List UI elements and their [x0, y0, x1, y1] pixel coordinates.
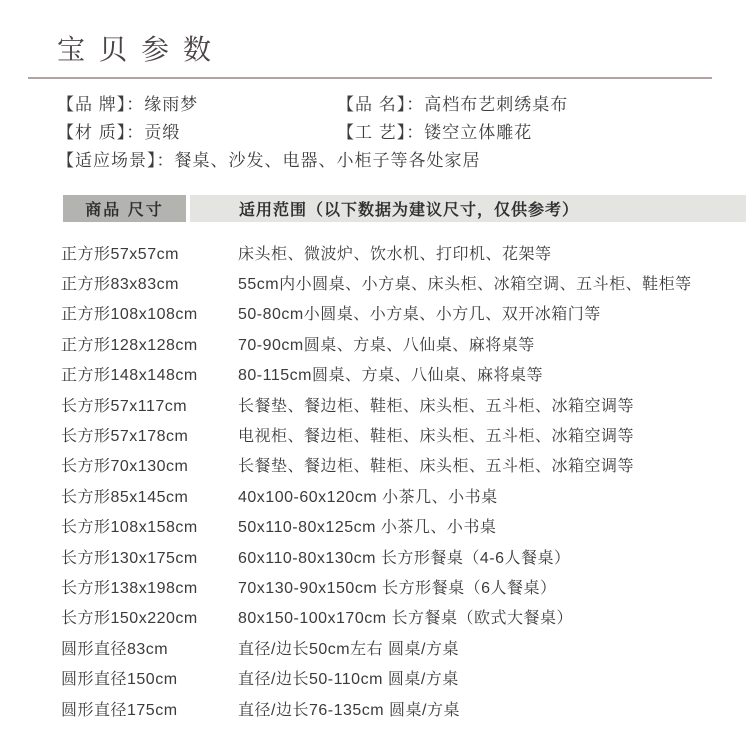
size-row: 圆形直径83cm直径/边长50cm左右 圆桌/方桌	[0, 632, 750, 662]
range-cell: 直径/边长76-135cm 圆桌/方桌	[238, 697, 750, 720]
range-cell: 50-80cm小圆桌、小方桌、小方几、双开冰箱门等	[238, 301, 750, 324]
range-cell: 50x110-80x125cm 小茶几、小书桌	[238, 514, 750, 537]
material-value: 贡缎	[144, 123, 180, 142]
product-parameters-page: 宝贝参数 【品 牌】：缘雨梦 【品 名】：高档布艺刺绣桌布 【材 质】：贡缎 【…	[0, 0, 750, 750]
material-field: 【材 质】：贡缎	[57, 119, 180, 147]
range-cell: 55cm内小圆桌、小方桌、床头柜、冰箱空调、五斗柜、鞋柜等	[238, 271, 750, 294]
size-cell: 正方形57x57cm	[0, 241, 238, 264]
range-cell: 80x150-100x170cm 长方餐桌（欧式大餐桌）	[238, 605, 750, 628]
range-cell: 床头柜、微波炉、饮水机、打印机、花架等	[238, 241, 750, 264]
size-cell: 长方形85x145cm	[0, 484, 238, 507]
product-name-value: 高档布艺刺绣桌布	[424, 95, 568, 114]
range-cell: 40x100-60x120cm 小茶几、小书桌	[238, 484, 750, 507]
range-column-header: 适用范围（以下数据为建议尺寸，仅供参考）	[190, 195, 746, 222]
range-cell: 长餐垫、餐边柜、鞋柜、床头柜、五斗柜、冰箱空调等	[238, 393, 750, 416]
product-name-field: 【品 名】：高档布艺刺绣桌布	[337, 91, 568, 119]
size-row: 正方形108x108cm50-80cm小圆桌、小方桌、小方几、双开冰箱门等	[0, 298, 750, 328]
range-cell: 70-90cm圆桌、方桌、八仙桌、麻将桌等	[238, 332, 750, 355]
craft-field: 【工 艺】：镂空立体雕花	[337, 119, 532, 147]
craft-value: 镂空立体雕花	[424, 123, 532, 142]
brand-value: 缘雨梦	[144, 95, 198, 114]
size-cell: 圆形直径175cm	[0, 697, 238, 720]
page-title: 宝贝参数	[57, 28, 225, 68]
size-cell: 正方形128x128cm	[0, 332, 238, 355]
size-cell: 正方形148x148cm	[0, 362, 238, 385]
size-row: 正方形57x57cm床头柜、微波炉、饮水机、打印机、花架等	[0, 237, 750, 267]
size-row: 正方形83x83cm55cm内小圆桌、小方桌、床头柜、冰箱空调、五斗柜、鞋柜等	[0, 267, 750, 297]
product-name-label: 【品 名】：	[337, 95, 424, 114]
range-cell: 直径/边长50cm左右 圆桌/方桌	[238, 636, 750, 659]
size-cell: 正方形108x108cm	[0, 301, 238, 324]
size-row: 圆形直径150cm直径/边长50-110cm 圆桌/方桌	[0, 662, 750, 692]
scene-value: 餐桌、沙发、电器、小柜子等各处家居	[175, 151, 481, 170]
size-cell: 圆形直径83cm	[0, 636, 238, 659]
size-row: 长方形150x220cm80x150-100x170cm 长方餐桌（欧式大餐桌）	[0, 602, 750, 632]
range-cell: 电视柜、餐边柜、鞋柜、床头柜、五斗柜、冰箱空调等	[238, 423, 750, 446]
size-row: 长方形85x145cm40x100-60x120cm 小茶几、小书桌	[0, 480, 750, 510]
size-row: 正方形148x148cm80-115cm圆桌、方桌、八仙桌、麻将桌等	[0, 359, 750, 389]
size-cell: 长方形57x117cm	[0, 393, 238, 416]
scene-label: 【适应场景】：	[57, 151, 175, 170]
brand-field: 【品 牌】：缘雨梦	[57, 91, 198, 119]
range-cell: 长餐垫、餐边柜、鞋柜、床头柜、五斗柜、冰箱空调等	[238, 453, 750, 476]
size-row: 长方形130x175cm60x110-80x130cm 长方形餐桌（4-6人餐桌…	[0, 541, 750, 571]
size-cell: 长方形57x178cm	[0, 423, 238, 446]
size-cell: 长方形138x198cm	[0, 575, 238, 598]
size-cell: 长方形108x158cm	[0, 514, 238, 537]
size-cell: 长方形70x130cm	[0, 453, 238, 476]
size-row: 长方形70x130cm长餐垫、餐边柜、鞋柜、床头柜、五斗柜、冰箱空调等	[0, 450, 750, 480]
size-cell: 长方形130x175cm	[0, 545, 238, 568]
range-cell: 60x110-80x130cm 长方形餐桌（4-6人餐桌）	[238, 545, 750, 568]
size-table: 正方形57x57cm床头柜、微波炉、饮水机、打印机、花架等 正方形83x83cm…	[0, 237, 750, 723]
size-table-header: 商品 尺寸 适用范围（以下数据为建议尺寸，仅供参考）	[63, 195, 746, 222]
brand-label: 【品 牌】：	[57, 95, 144, 114]
material-label: 【材 质】：	[57, 123, 144, 142]
range-cell: 70x130-90x150cm 长方形餐桌（6人餐桌）	[238, 575, 750, 598]
range-cell: 直径/边长50-110cm 圆桌/方桌	[238, 666, 750, 689]
size-row: 圆形直径175cm直径/边长76-135cm 圆桌/方桌	[0, 693, 750, 723]
size-row: 长方形57x178cm电视柜、餐边柜、鞋柜、床头柜、五斗柜、冰箱空调等	[0, 419, 750, 449]
size-column-header: 商品 尺寸	[63, 195, 186, 222]
size-cell: 正方形83x83cm	[0, 271, 238, 294]
range-cell: 80-115cm圆桌、方桌、八仙桌、麻将桌等	[238, 362, 750, 385]
title-divider	[28, 77, 712, 79]
size-cell: 长方形150x220cm	[0, 605, 238, 628]
size-row: 长方形108x158cm50x110-80x125cm 小茶几、小书桌	[0, 511, 750, 541]
craft-label: 【工 艺】：	[337, 123, 424, 142]
size-row: 正方形128x128cm70-90cm圆桌、方桌、八仙桌、麻将桌等	[0, 328, 750, 358]
size-row: 长方形138x198cm70x130-90x150cm 长方形餐桌（6人餐桌）	[0, 571, 750, 601]
size-cell: 圆形直径150cm	[0, 666, 238, 689]
scene-field: 【适应场景】：餐桌、沙发、电器、小柜子等各处家居	[57, 147, 481, 175]
size-row: 长方形57x117cm长餐垫、餐边柜、鞋柜、床头柜、五斗柜、冰箱空调等	[0, 389, 750, 419]
